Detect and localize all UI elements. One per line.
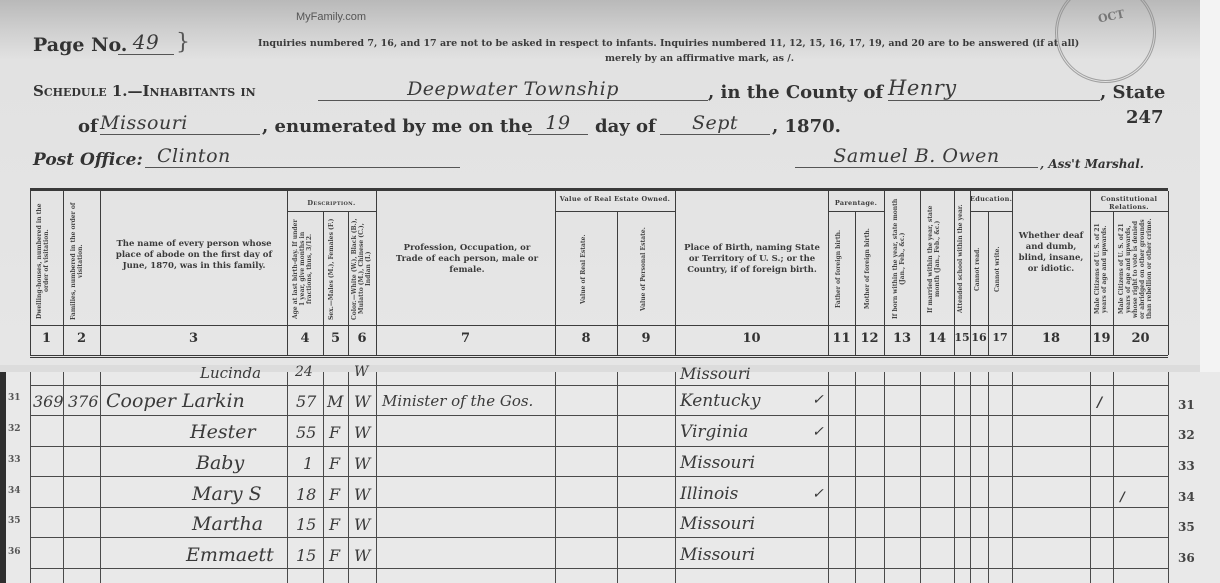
row-34-birthplace: Illinois	[680, 484, 738, 504]
enumerated-label: , enumerated by me on the	[262, 116, 533, 137]
row-35-birthplace: Missouri	[680, 514, 755, 534]
row-34-age: 18	[296, 485, 316, 504]
row-32-birthplace: Virginia	[680, 422, 748, 442]
page-margin	[1200, 0, 1220, 372]
row-31-color: W	[354, 392, 370, 411]
group-constitutional: Constitutional Relations.	[1090, 195, 1168, 211]
row-33-age: 1	[303, 454, 313, 473]
row-36-age: 15	[296, 546, 316, 565]
col-number-10: 10	[675, 331, 828, 346]
col-number-1: 1	[30, 331, 63, 346]
instructions-line-1: Inquiries numbered 7, 16, and 17 are not…	[258, 38, 1079, 49]
col-17-header: Cannot write.	[994, 217, 1006, 321]
col-number-3: 3	[100, 331, 287, 346]
row-33-line-right: 33	[1178, 459, 1195, 473]
row-31-line-right: 31	[1178, 398, 1195, 412]
col-9-header: Value of Personal Estate.	[640, 217, 652, 321]
day-of-label: day of	[595, 116, 656, 137]
col-19-header: Male Citizens of U. S. of 21 years of ag…	[1094, 217, 1110, 321]
marshal-label: , Ass't Marshal.	[1040, 157, 1144, 171]
of-label: of	[78, 116, 98, 137]
col-number-17: 17	[988, 331, 1012, 344]
col-16-header: Cannot read.	[974, 217, 984, 321]
row-31-sex: M	[327, 392, 343, 411]
col-number-2: 2	[63, 331, 100, 346]
row-30-color: W	[354, 364, 368, 380]
row-36-birthplace: Missouri	[680, 545, 755, 565]
row-34-sex: F	[329, 485, 340, 504]
row-35-sex: F	[329, 515, 340, 534]
row-31-mark-19: /	[1097, 395, 1102, 411]
row-32-color: W	[354, 423, 370, 442]
row-34-line-right: 34	[1178, 490, 1195, 504]
col-10-header: Place of Birth, naming State or Territor…	[682, 243, 822, 276]
col-number-11: 11	[828, 331, 855, 346]
group-description: Description.	[287, 199, 376, 207]
row-36-sex: F	[329, 546, 340, 565]
col-number-13: 13	[884, 331, 920, 346]
township-value: Deepwater Township	[318, 78, 708, 101]
row-34-mark-11: ✓	[812, 486, 824, 502]
month-value: Sept	[660, 112, 770, 135]
county-value: Henry	[888, 76, 1100, 101]
row-34-color: W	[354, 485, 370, 504]
row-36-line-left: 36	[8, 547, 21, 557]
col-5-header: Sex.—Males (M.), Females (F.)	[328, 217, 344, 321]
page-brace: }	[176, 30, 190, 55]
col-3-header: The name of every person whose place of …	[110, 239, 278, 272]
group-education: Education.	[970, 195, 1012, 203]
column-header-table: Description. Value of Real Estate Owned.…	[30, 188, 1168, 358]
row-33-name: Baby	[196, 452, 244, 474]
row-31-mark-11: ✓	[812, 392, 824, 408]
row-36-name: Emmaett	[186, 544, 274, 566]
watermark: MyFamily.com	[296, 11, 366, 23]
col-20-header: Male Citizens of U. S. of 21 years of ag…	[1118, 217, 1164, 321]
row-32-name: Hester	[190, 421, 256, 443]
col-14-header: If married within the year, state month …	[927, 197, 947, 321]
row-36-color: W	[354, 546, 370, 565]
group-parentage: Parentage.	[828, 199, 884, 207]
row-33-line-left: 33	[8, 455, 21, 465]
col-12-header: Mother of foreign birth.	[864, 217, 876, 321]
row-35-line-right: 35	[1178, 520, 1195, 534]
row-33-birthplace: Missouri	[680, 453, 755, 473]
state-label: , State	[1100, 82, 1165, 103]
col-number-6: 6	[348, 331, 376, 346]
col-number-20: 20	[1113, 331, 1168, 346]
row-36-line-right: 36	[1178, 551, 1195, 565]
instructions-line-2: merely by an affirmative mark, as /.	[605, 53, 794, 64]
scan-edge	[0, 372, 6, 583]
page-number-label: Page No.	[33, 34, 127, 56]
row-33-sex: F	[329, 454, 340, 473]
row-30-birthplace: Missouri	[680, 364, 751, 383]
col-number-14: 14	[920, 331, 954, 346]
marshal-signature: Samuel B. Owen	[795, 145, 1038, 168]
row-31-occupation: Minister of the Gos.	[382, 392, 533, 410]
row-34-name: Mary S	[192, 483, 262, 505]
row-31-line-left: 31	[8, 393, 21, 403]
row-31-name: Cooper Larkin	[106, 390, 245, 412]
page-number-value: 49	[118, 30, 174, 55]
col-2-header: Families, numbered in the order of visit…	[70, 201, 92, 321]
post-office-label: Post Office:	[33, 150, 143, 170]
row-32-age: 55	[296, 423, 316, 442]
group-value-real-estate: Value of Real Estate Owned.	[555, 195, 675, 203]
row-34-mark-19: /	[1120, 490, 1125, 505]
col-8-header: Value of Real Estate.	[580, 217, 592, 321]
row-32-line-left: 32	[8, 424, 21, 434]
row-31-dwelling: 369	[33, 392, 64, 411]
col-number-5: 5	[323, 331, 348, 346]
year-label: , 1870.	[772, 116, 841, 137]
col-6-header: Color.—White (W.), Black (B.), Mulatto (…	[351, 217, 373, 321]
col-13-header: If born within the year, state month (Ja…	[892, 197, 912, 321]
row-31-birthplace: Kentucky	[680, 391, 760, 411]
col-number-7: 7	[376, 331, 555, 346]
post-office-value: Clinton	[145, 145, 460, 168]
row-35-line-left: 35	[8, 516, 21, 526]
row-35-age: 15	[296, 515, 316, 534]
col-number-16: 16	[970, 331, 988, 344]
row-32-sex: F	[329, 423, 340, 442]
row-35-color: W	[354, 515, 370, 534]
col-number-18: 18	[1012, 331, 1090, 346]
row-31-age: 57	[296, 392, 316, 411]
col-number-19: 19	[1090, 331, 1113, 346]
col-4-header: Age at last birth-day. If under 1 year, …	[292, 217, 318, 321]
col-number-9: 9	[617, 331, 675, 346]
col-11-header: Father of foreign birth.	[835, 217, 847, 321]
row-32-line-right: 32	[1178, 428, 1195, 442]
col-number-4: 4	[287, 331, 323, 346]
row-31-family: 376	[68, 392, 99, 411]
col-15-header: Attended school within the year.	[957, 197, 967, 321]
schedule-label: Schedule 1.—Inhabitants in	[33, 82, 256, 100]
day-value: 19	[528, 112, 588, 135]
col-number-8: 8	[555, 331, 617, 346]
row-35-name: Martha	[192, 513, 263, 535]
col-number-12: 12	[855, 331, 884, 346]
col-18-header: Whether deaf and dumb, blind, insane, or…	[1016, 231, 1086, 275]
row-30-age: 24	[295, 364, 313, 380]
county-label: , in the County of	[708, 82, 883, 103]
row-34-line-left: 34	[8, 486, 21, 496]
stamped-page-number: 247	[1126, 107, 1164, 128]
col-1-header: Dwelling-houses, numbered in the order o…	[36, 201, 58, 321]
row-30-name: Lucinda	[200, 364, 261, 382]
col-number-15: 15	[954, 331, 970, 344]
row-32-mark-11: ✓	[812, 424, 824, 440]
row-33-color: W	[354, 454, 370, 473]
col-7-header: Profession, Occupation, or Trade of each…	[392, 243, 542, 276]
state-value: Missouri	[100, 112, 260, 135]
